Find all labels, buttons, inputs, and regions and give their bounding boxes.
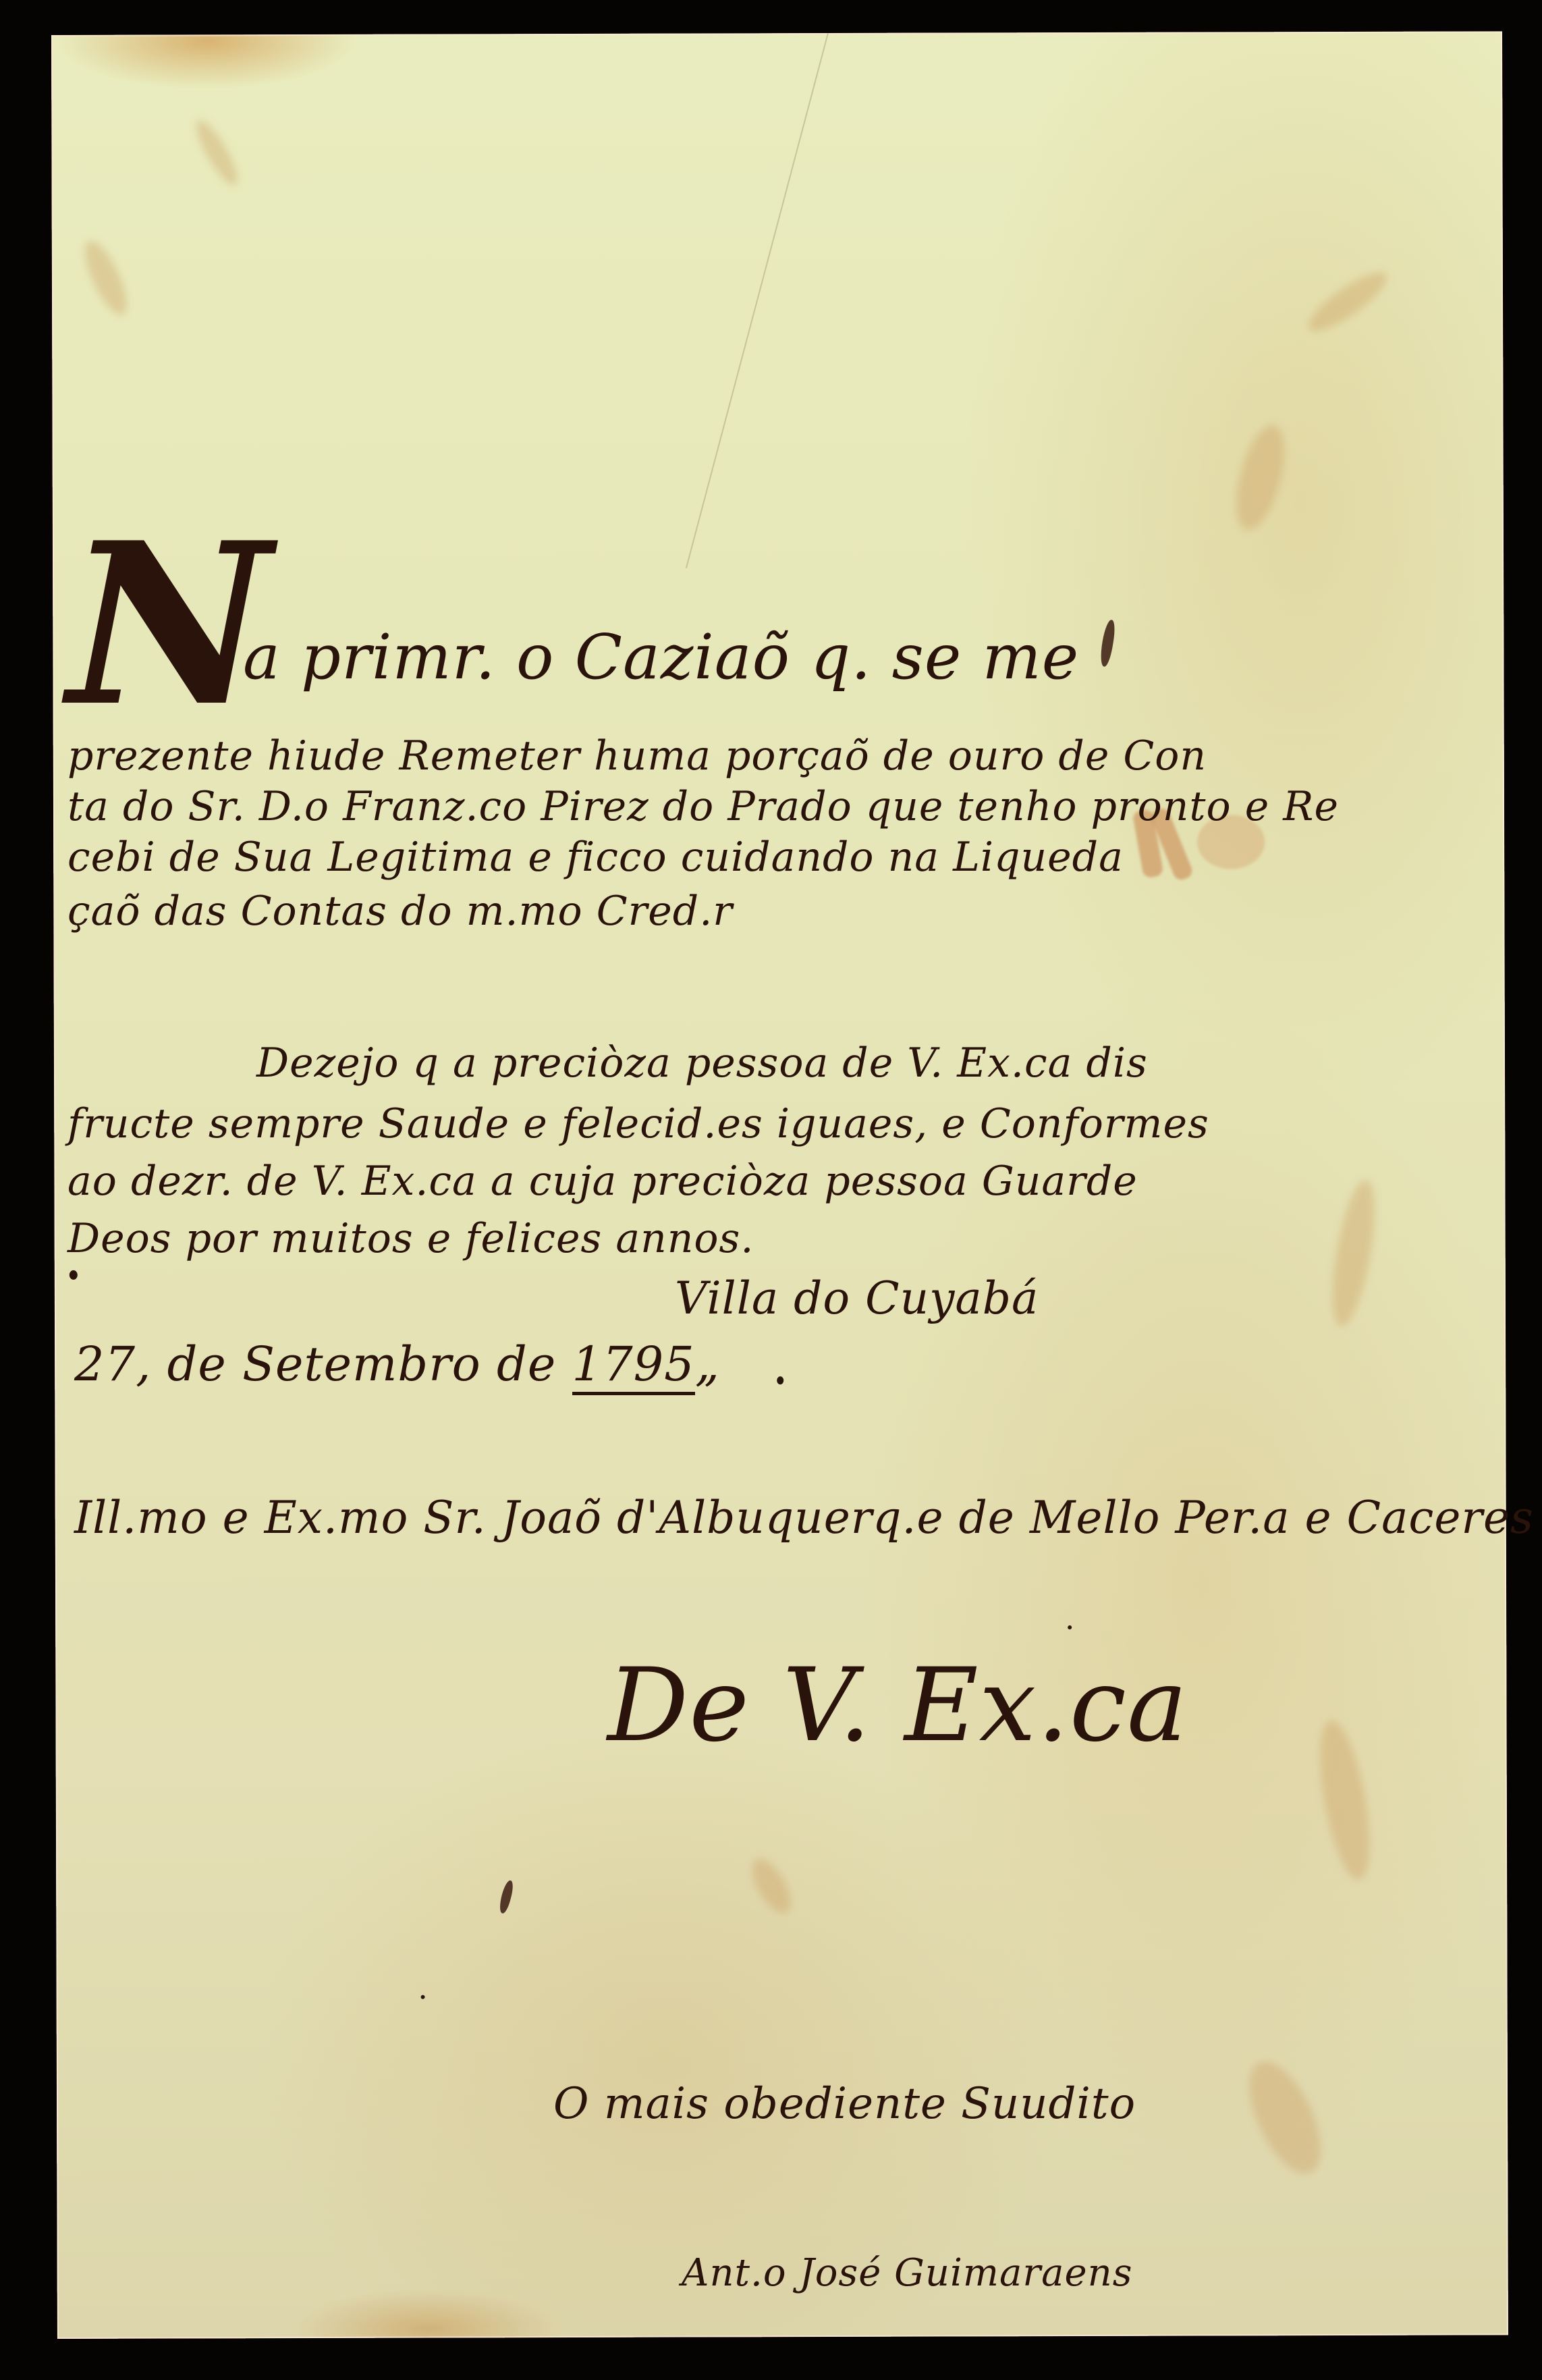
stain-mark xyxy=(76,236,135,321)
stain-mark xyxy=(744,1853,798,1919)
stain-mark xyxy=(1311,1717,1379,1884)
body-line: Deos por muitos e felices annos. xyxy=(67,1215,754,1262)
opening-initial: N xyxy=(67,513,272,736)
ink-speck xyxy=(70,1270,78,1280)
ink-speck xyxy=(421,1995,425,1999)
ink-speck xyxy=(777,1376,783,1384)
date-year: 1795 xyxy=(572,1336,695,1395)
stain-mark xyxy=(1324,1177,1383,1329)
place-line: Villa do Cuyabá xyxy=(675,1272,1039,1324)
date-day: 27, xyxy=(74,1336,151,1392)
ink-blot xyxy=(1098,619,1117,668)
stain-mark xyxy=(1301,263,1394,340)
ink-speck xyxy=(1068,1625,1072,1629)
paper-crease xyxy=(686,33,829,568)
stain-mark xyxy=(190,115,244,190)
body-line: fructe sempre Saude e felecid.es iguaes,… xyxy=(67,1100,1209,1147)
opening-line: a primr. o Caziaõ q. se me xyxy=(243,621,1079,693)
body-line: Dezejo q a preciòza pessoa de V. Ex.ca d… xyxy=(256,1039,1148,1087)
ink-blot xyxy=(497,1879,515,1914)
date-text: de Setembro de xyxy=(151,1336,572,1392)
body-line: ta do Sr. D.o Franz.co Pirez do Prado qu… xyxy=(67,783,1339,830)
body-line: cebi de Sua Legitima e ficco cuidando na… xyxy=(67,834,1124,881)
addressee-line: Ill.mo e Ex.mo Sr. Joaõ d'Albuquerq.e de… xyxy=(74,1492,1534,1544)
body-line: prezente hiude Remeter huma porçaõ de ou… xyxy=(67,732,1207,780)
body-line: ao dezr. de V. Ex.ca a cuja preciòza pes… xyxy=(67,1158,1138,1205)
stain-mark xyxy=(1227,420,1294,535)
body-line: çaõ das Contas do m.mo Cred.r xyxy=(67,888,733,935)
date-line: 27, de Setembro de 1795„ xyxy=(74,1336,720,1392)
closing-abbreviation: De V. Ex.ca xyxy=(607,1647,1188,1764)
signature: Ant.o José Guimaraens xyxy=(682,2251,1132,2295)
stain-mark xyxy=(1235,2051,1336,2184)
valediction: O mais obediente Suudito xyxy=(553,2079,1136,2129)
